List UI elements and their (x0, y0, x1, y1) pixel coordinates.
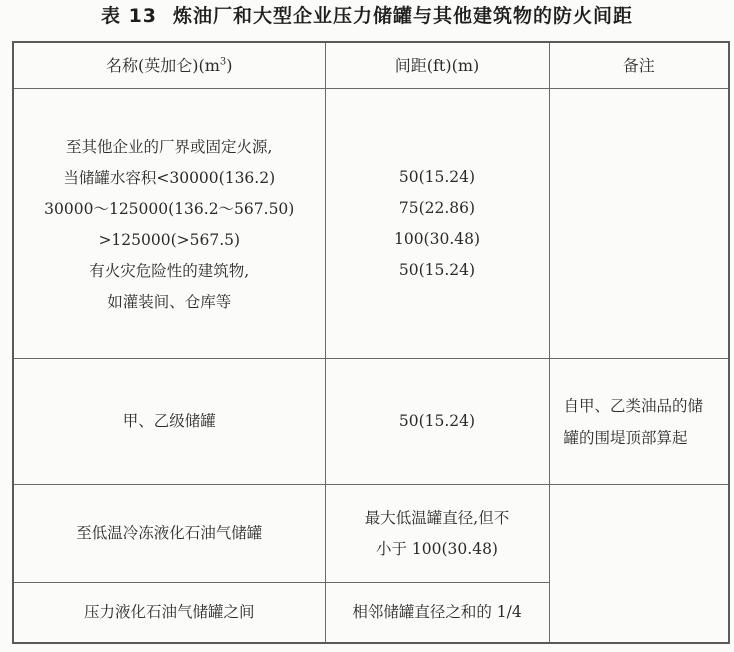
cell-remarks-merged (549, 485, 729, 643)
cell-text: 至其他企业的厂界或固定火源, (20, 132, 319, 163)
table-number: 表 13 (101, 5, 157, 27)
cell-name: 至其他企业的厂界或固定火源, 当储罐水容积<30000(136.2) 30000… (13, 89, 325, 359)
cell-text: 小于 100(30.48) (332, 534, 543, 565)
cell-text (332, 286, 543, 317)
cell-distance: 最大低温罐直径,但不 小于 100(30.48) (325, 485, 549, 583)
cell-remarks: 自甲、乙类油品的储 罐的围堤顶部算起 (549, 359, 729, 485)
table-row: 至低温冷冻液化石油气储罐 最大低温罐直径,但不 小于 100(30.48) (13, 485, 729, 583)
header-name-close: ) (226, 56, 232, 75)
table-row: 至其他企业的厂界或固定火源, 当储罐水容积<30000(136.2) 30000… (13, 89, 729, 359)
cell-text: 当储罐水容积<30000(136.2) (20, 163, 319, 194)
cell-name: 压力液化石油气储罐之间 (13, 583, 325, 643)
cell-text: >125000(>567.5) (20, 225, 319, 256)
cell-text: 30000～125000(136.2～567.50) (20, 194, 319, 225)
cell-distance: 50(15.24) (325, 359, 549, 485)
cell-name: 至低温冷冻液化石油气储罐 (13, 485, 325, 583)
cell-text: 罐的围堤顶部算起 (564, 422, 723, 454)
table-title: 表 13炼油厂和大型企业压力储罐与其他建筑物的防火间距 (0, 2, 734, 30)
cell-text: 有火灾危险性的建筑物, (20, 256, 319, 287)
cell-distance: 50(15.24) 75(22.86) 100(30.48) 50(15.24) (325, 89, 549, 359)
header-name: 名称(英加仑)(m3) (13, 42, 325, 89)
fire-distance-table: 名称(英加仑)(m3) 间距(ft)(m) 备注 至其他企业的厂界或固定火源, … (12, 41, 730, 644)
cell-distance: 相邻储罐直径之和的 1/4 (325, 583, 549, 643)
header-row: 名称(英加仑)(m3) 间距(ft)(m) 备注 (13, 42, 729, 89)
header-name-text: 名称(英加仑)(m (106, 56, 220, 75)
header-remarks: 备注 (549, 42, 729, 89)
cell-text: 50(15.24) (332, 255, 543, 286)
cell-remarks (549, 89, 729, 359)
cell-text: 75(22.86) (332, 193, 543, 224)
cell-text: 最大低温罐直径,但不 (332, 503, 543, 534)
cell-text: 50(15.24) (332, 162, 543, 193)
cell-text: 如灌装间、仓库等 (20, 287, 319, 318)
table-row: 甲、乙级储罐 50(15.24) 自甲、乙类油品的储 罐的围堤顶部算起 (13, 359, 729, 485)
table-title-text: 炼油厂和大型企业压力储罐与其他建筑物的防火间距 (173, 5, 633, 27)
cell-text: 100(30.48) (332, 224, 543, 255)
header-distance: 间距(ft)(m) (325, 42, 549, 89)
cell-name: 甲、乙级储罐 (13, 359, 325, 485)
cell-text: 自甲、乙类油品的储 (564, 390, 723, 422)
cell-text (332, 131, 543, 162)
